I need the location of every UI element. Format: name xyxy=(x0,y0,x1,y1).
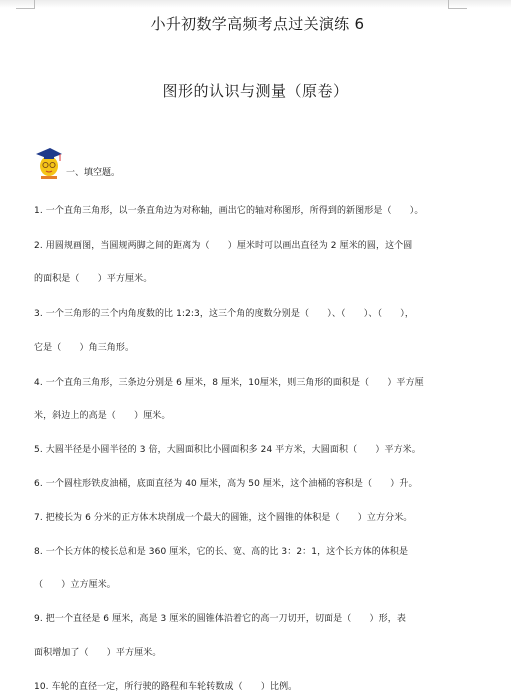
margin-corner-mark-right xyxy=(448,0,467,9)
question-9: 9. 把一个直径是 6 厘米，高是 3 厘米的圆锥体沿着它的高一刀切开，切面是（… xyxy=(34,611,406,624)
question-2: 2. 用圆规画图，当圆规两脚之间的距离为（ ）厘米时可以画出直径为 2 厘米的圆… xyxy=(34,238,412,251)
document-title: 小升初数学高频考点过关演练 6 xyxy=(0,13,511,34)
question-8-cont: （ ）立方厘米。 xyxy=(34,577,116,590)
question-3-cont: 它是（ ）角三角形。 xyxy=(34,340,134,353)
question-7: 7. 把棱长为 6 分米的正方体木块削成一个最大的圆锥，这个圆锥的体积是（ ）立… xyxy=(34,510,412,523)
section-header: 一、填空题。 xyxy=(34,142,120,182)
question-5: 5. 大圆半径是小圆半径的 3 倍，大圆面积比小圆面积多 24 平方米，大圆面积… xyxy=(34,442,421,455)
question-9-cont: 面积增加了（ ）平方厘米。 xyxy=(34,645,161,658)
graduate-mascot-icon xyxy=(34,144,64,182)
question-8: 8. 一个长方体的棱长总和是 360 厘米，它的长、宽、高的比 3：2：1，这个… xyxy=(34,544,408,557)
question-10: 10. 车轮的直径一定，所行驶的路程和车轮转数成（ ）比例。 xyxy=(34,679,297,692)
question-2-cont: 的面积是（ ）平方厘米。 xyxy=(34,271,152,284)
margin-corner-mark-left xyxy=(16,0,35,9)
question-4-cont: 米，斜边上的高是（ ）厘米。 xyxy=(34,408,171,421)
question-1: 1. 一个直角三角形，以一条直角边为对称轴，画出它的轴对称图形，所得到的新图形是… xyxy=(34,203,423,216)
question-3: 3. 一个三角形的三个内角度数的比 1:2:3，这三个角的度数分别是（ ）、（ … xyxy=(34,306,414,319)
question-6: 6. 一个圆柱形铁皮油桶，底面直径为 40 厘米，高为 50 厘米，这个油桶的容… xyxy=(34,476,418,489)
document-subtitle: 图形的认识与测量（原卷） xyxy=(0,80,511,101)
question-4: 4. 一个直角三角形，三条边分别是 6 厘米，8 厘米，10厘米，则三角形的面积… xyxy=(34,375,424,388)
page-top-shadow xyxy=(0,0,511,8)
section-label: 一、填空题。 xyxy=(66,165,120,178)
